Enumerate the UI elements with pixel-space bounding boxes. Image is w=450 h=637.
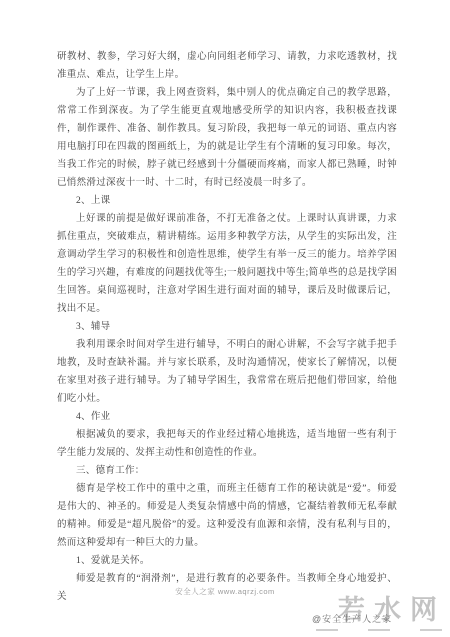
section-heading-moral-education: 三、德育工作： <box>57 462 397 480</box>
paragraph: 研教材、教参，学习好大纲，虚心向同组老师学习、请教，力求吃透教材，找准重点、难点… <box>57 48 397 84</box>
watermark: 若水网 @安全生产人之家 <box>310 596 446 636</box>
section-heading-homework: 4、作业 <box>57 408 397 426</box>
section-heading-love-is-care: 1、爱就是关怀。 <box>57 552 397 570</box>
section-heading-tutoring: 3、辅导 <box>57 318 397 336</box>
paragraph: 我利用课余时间对学生进行辅导，不明白的耐心讲解，不会写字就手把手地教，及时查缺补… <box>57 336 397 408</box>
watermark-caption-marks <box>316 629 442 631</box>
paragraph: 为了上好一节课，我上网查资料，集中别人的优点确定自己的教学思路，常常工作到深夜。… <box>57 84 397 192</box>
paragraph: 德育是学校工作中的重中之重，而班主任德育工作的秘诀就是“爱”。师爱是伟大的、神圣… <box>57 480 397 552</box>
document-body: 研教材、教参，学习好大纲，虚心向同组老师学习、请教，力求吃透教材，找准重点、难点… <box>57 48 397 606</box>
paragraph: 根据减负的要求，我把每天的作业经过精心地挑选，适当地留一些有利于学生能力发展的、… <box>57 426 397 462</box>
watermark-overlay-text: @安全生产人之家 <box>312 612 392 625</box>
paragraph: 上好课的前提是做好课前准备，不打无准备之仗。上课时认真讲课，力求抓住重点，突破难… <box>57 210 397 318</box>
document-page: 研教材、教参，学习好大纲，虚心向同组老师学习、请教，力求吃透教材，找准重点、难点… <box>0 0 450 637</box>
section-heading-lesson: 2、上课 <box>57 192 397 210</box>
